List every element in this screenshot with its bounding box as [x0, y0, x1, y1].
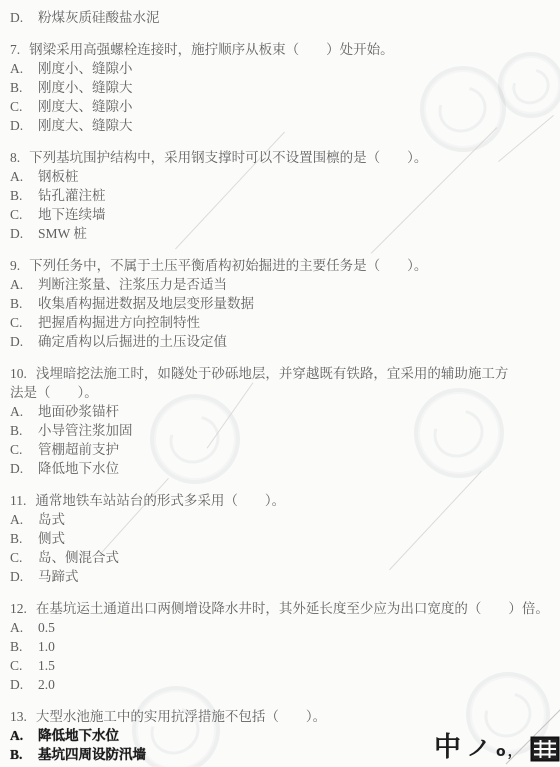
option-text: 钻孔灌注桩	[38, 188, 106, 203]
option-text: 降低地下水位	[38, 728, 119, 743]
option-line: A.钢板桩	[10, 167, 555, 186]
option-text: 基坑四周设防汛墙	[38, 747, 146, 762]
option-text: 管棚超前支护	[38, 442, 119, 457]
question-number: 9.	[10, 258, 20, 273]
question-line: 10.浅埋暗挖法施工时，如隧处于砂砾地层，并穿越既有铁路，宜采用的辅助施工方 法…	[10, 364, 555, 402]
option-line: D.2.0	[10, 675, 555, 694]
option-line: B.小导管注浆加固	[10, 421, 555, 440]
option-line: C.岛、侧混合式	[10, 548, 555, 567]
option-label: D.	[10, 675, 38, 694]
option-text: 把握盾构掘进方向控制特性	[38, 315, 200, 330]
option-text: SMW 桩	[38, 226, 87, 241]
question-block-12: 12.在基坑运土通道出口两侧增设降水井时，其外延长度至少应为出口宽度的（ ）倍。…	[10, 599, 555, 694]
option-text: 钢板桩	[38, 169, 79, 184]
exam-page: D.粉煤灰质硅酸盐水泥 7.钢梁采用高强螺栓连接时，施拧顺序从板束（ ）处开始。…	[0, 0, 560, 767]
option-line: B.1.0	[10, 637, 555, 656]
question-block-8: 8.下列基坑围护结构中，采用钢支撑时可以不设置围檩的是（ ）。 A.钢板桩 B.…	[10, 148, 555, 243]
option-text: 降低地下水位	[38, 461, 119, 476]
option-text: 刚度小、缝隙小	[38, 61, 133, 76]
option-text: 1.5	[38, 658, 55, 673]
option-label: C.	[10, 440, 38, 459]
option-line: A.刚度小、缝隙小	[10, 59, 555, 78]
option-label: D.	[10, 224, 38, 243]
question-line: 7.钢梁采用高强螺栓连接时，施拧顺序从板束（ ）处开始。	[10, 40, 555, 59]
exam-content: D.粉煤灰质硅酸盐水泥 7.钢梁采用高强螺栓连接时，施拧顺序从板束（ ）处开始。…	[10, 8, 555, 764]
option-text: 地面砂浆锚杆	[38, 404, 119, 419]
question-line: 8.下列基坑围护结构中，采用钢支撑时可以不设置围檩的是（ ）。	[10, 148, 555, 167]
option-line: A.地面砂浆锚杆	[10, 402, 555, 421]
option-label: D.	[10, 8, 38, 27]
option-text: 刚度大、缝隙小	[38, 99, 133, 114]
question-line: 12.在基坑运土通道出口两侧增设降水井时，其外延长度至少应为出口宽度的（ ）倍。	[10, 599, 555, 618]
option-label: D.	[10, 332, 38, 351]
question-block-10: 10.浅埋暗挖法施工时，如隧处于砂砾地层，并穿越既有铁路，宜采用的辅助施工方 法…	[10, 364, 555, 478]
option-text: 马蹄式	[38, 569, 79, 584]
option-label: D.	[10, 459, 38, 478]
option-label: C.	[10, 313, 38, 332]
question-number: 12.	[10, 601, 27, 616]
question-block-7: 7.钢梁采用高强螺栓连接时，施拧顺序从板束（ ）处开始。 A.刚度小、缝隙小 B…	[10, 40, 555, 135]
option-line: C.刚度大、缝隙小	[10, 97, 555, 116]
question-block-11: 11.通常地铁车站站台的形式多采用（ ）。 A.岛式 B.侧式 C.岛、侧混合式…	[10, 491, 555, 586]
question-text: 浅埋暗挖法施工时，如隧处于砂砾地层，并穿越既有铁路，宜采用的辅助施工方 法是（ …	[10, 366, 508, 400]
option-text: 1.0	[38, 639, 55, 654]
option-text: 粉煤灰质硅酸盐水泥	[38, 10, 160, 25]
option-line: C.1.5	[10, 656, 555, 675]
question-text: 通常地铁车站站台的形式多采用（ ）。	[35, 493, 285, 508]
option-label: D.	[10, 116, 38, 135]
option-label: C.	[10, 548, 38, 567]
stamp-stroke: ノ	[466, 734, 492, 764]
question-line: 11.通常地铁车站站台的形式多采用（ ）。	[10, 491, 555, 510]
option-text: 刚度大、缝隙大	[38, 118, 133, 133]
option-text: 确定盾构以后掘进的土压设定值	[38, 334, 227, 349]
question-line: 13.大型水池施工中的实用抗浮措施不包括（ ）。	[10, 707, 555, 726]
option-text: 岛式	[38, 512, 65, 527]
option-text: 2.0	[38, 677, 55, 692]
option-label: C.	[10, 205, 38, 224]
option-line: A.判断注浆量、注浆压力是否适当	[10, 275, 555, 294]
option-line: D.SMW 桩	[10, 224, 555, 243]
question-text: 在基坑运土通道出口两侧增设降水井时，其外延长度至少应为出口宽度的（ ）倍。	[36, 601, 549, 616]
option-label: B.	[10, 421, 38, 440]
stamp-dots: o，	[496, 744, 524, 763]
question-block-9: 9.下列任务中，不属于土压平衡盾构初始掘进的主要任务是（ ）。 A.判断注浆量、…	[10, 256, 555, 351]
option-label: D.	[10, 567, 38, 586]
question-number: 10.	[10, 366, 27, 381]
option-label: A.	[10, 618, 38, 637]
question-number: 7.	[10, 42, 20, 57]
option-label: B.	[10, 186, 38, 205]
option-text: 侧式	[38, 531, 65, 546]
question-text: 钢梁采用高强螺栓连接时，施拧顺序从板束（ ）处开始。	[29, 42, 394, 57]
stamp: 中 ノ o，	[434, 727, 560, 763]
option-label: B.	[10, 637, 38, 656]
question-number: 8.	[10, 150, 20, 165]
stamp-character: 中	[434, 733, 461, 763]
option-line: D.粉煤灰质硅酸盐水泥	[10, 8, 555, 27]
option-label: A.	[10, 510, 38, 529]
question-line: 9.下列任务中，不属于土压平衡盾构初始掘进的主要任务是（ ）。	[10, 256, 555, 275]
question-number: 13.	[10, 709, 27, 724]
option-line: C.管棚超前支护	[10, 440, 555, 459]
option-line: D.确定盾构以后掘进的土压设定值	[10, 332, 555, 351]
option-label: B.	[10, 78, 38, 97]
question-number: 11.	[10, 493, 26, 508]
grid-stamp-icon	[530, 736, 560, 762]
option-label: A.	[10, 167, 38, 186]
option-text: 岛、侧混合式	[38, 550, 119, 565]
option-text: 地下连续墙	[38, 207, 106, 222]
option-line: B.收集盾构掘进数据及地层变形量数据	[10, 294, 555, 313]
option-label: B.	[10, 745, 38, 764]
option-label: C.	[10, 97, 38, 116]
option-line: C.地下连续墙	[10, 205, 555, 224]
option-line: A.岛式	[10, 510, 555, 529]
option-label: A.	[10, 275, 38, 294]
option-label: C.	[10, 656, 38, 675]
option-label: B.	[10, 294, 38, 313]
option-text: 小导管注浆加固	[38, 423, 133, 438]
question-text: 下列基坑围护结构中，采用钢支撑时可以不设置围檩的是（ ）。	[29, 150, 427, 165]
option-text: 刚度小、缝隙大	[38, 80, 133, 95]
option-line: A.0.5	[10, 618, 555, 637]
option-text: 收集盾构掘进数据及地层变形量数据	[38, 296, 254, 311]
option-text: 判断注浆量、注浆压力是否适当	[38, 277, 227, 292]
option-label: A.	[10, 402, 38, 421]
option-label: A.	[10, 59, 38, 78]
question-text: 下列任务中，不属于土压平衡盾构初始掘进的主要任务是（ ）。	[29, 258, 427, 273]
option-line: B.侧式	[10, 529, 555, 548]
option-line: B.钻孔灌注桩	[10, 186, 555, 205]
question-text: 大型水池施工中的实用抗浮措施不包括（ ）。	[36, 709, 326, 724]
option-line: D.刚度大、缝隙大	[10, 116, 555, 135]
option-line: D.降低地下水位	[10, 459, 555, 478]
option-label: B.	[10, 529, 38, 548]
option-line: D.马蹄式	[10, 567, 555, 586]
option-label: A.	[10, 726, 38, 745]
option-text: 0.5	[38, 620, 55, 635]
option-line: C.把握盾构掘进方向控制特性	[10, 313, 555, 332]
option-line: B.刚度小、缝隙大	[10, 78, 555, 97]
